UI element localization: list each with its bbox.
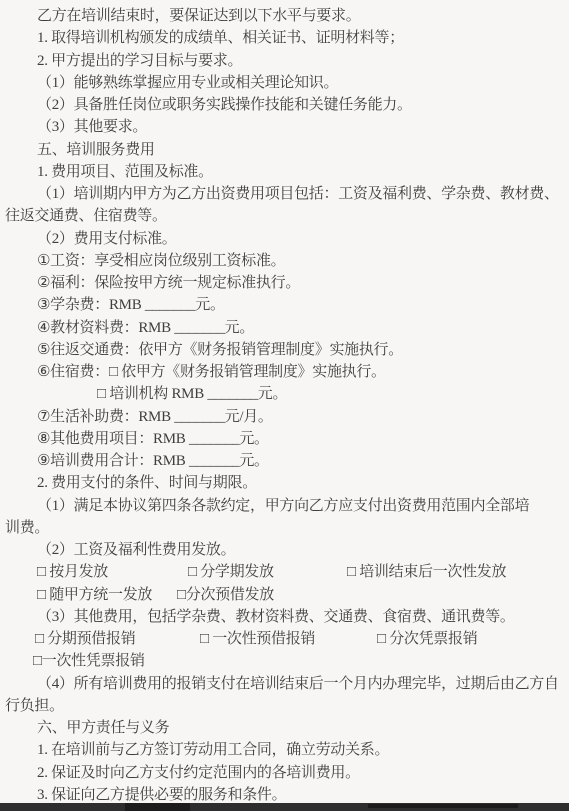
text-segment: 五、培训服务费用 bbox=[37, 139, 155, 161]
checkbox-option: □ 分次凭票报销 bbox=[377, 628, 477, 650]
document-line: ⑧其他费用项目：RMB _______元。 bbox=[0, 428, 569, 450]
scan-edge-shadow bbox=[125, 803, 190, 811]
text-segment: ⑤往返交通费：依甲方《财务报销管理制度》实施执行。 bbox=[37, 339, 403, 361]
text-segment: ④教材资料费：RMB _______元。 bbox=[37, 317, 254, 339]
text-segment: （2）具备胜任岗位或职务实践操作技能和关键任务能力。 bbox=[37, 94, 412, 116]
document-line: （2）费用支付标准。 bbox=[0, 228, 569, 250]
document-line: 行负担。 bbox=[0, 695, 569, 717]
text-segment: 乙方在培训结束时，要保证达到以下水平与要求。 bbox=[37, 5, 360, 27]
text-segment: ⑨培训费用合计：RMB _______元。 bbox=[37, 450, 269, 472]
document-line: ④教材资料费：RMB _______元。 bbox=[0, 317, 569, 339]
text-segment: （2）工资及福利性费用发放。 bbox=[37, 539, 235, 561]
text-segment: （3）其他要求。 bbox=[37, 116, 147, 138]
checkbox-option: □ 一次性预借报销 bbox=[200, 628, 315, 650]
document-line: 1. 在培训前与乙方签订劳动用工合同，确立劳动关系。 bbox=[0, 739, 569, 761]
checkbox-option: □ 分学期发放 bbox=[188, 561, 274, 583]
text-segment: 1. 费用项目、范围及标准。 bbox=[37, 161, 213, 183]
checkbox-option: □ 培训结束后一次性发放 bbox=[347, 561, 506, 583]
document-line: （1）培训期内甲方为乙方出资费用项目包括：工资及福利费、学杂费、教材费、 bbox=[0, 183, 569, 205]
document-line: 2. 甲方提出的学习目标与要求。 bbox=[0, 50, 569, 72]
document-line: （3）其他费用，包括学杂费、教材资料费、交通费、食宿费、通讯费等。 bbox=[0, 606, 569, 628]
text-segment: ②福利：保险按甲方统一规定标准执行。 bbox=[37, 272, 300, 294]
document-line: 五、培训服务费用 bbox=[0, 139, 569, 161]
document-line: （1）能够熟练掌握应用专业或相关理论知识。 bbox=[0, 72, 569, 94]
text-segment: 1. 在培训前与乙方签订劳动用工合同，确立劳动关系。 bbox=[37, 739, 389, 761]
document-line: 1. 费用项目、范围及标准。 bbox=[0, 161, 569, 183]
text-segment: 2. 费用支付的条件、时间与期限。 bbox=[37, 472, 257, 494]
document-line: 2. 费用支付的条件、时间与期限。 bbox=[0, 472, 569, 494]
document-page: 乙方在培训结束时，要保证达到以下水平与要求。1. 取得培训机构颁发的成绩单、相关… bbox=[0, 0, 569, 811]
document-line: （4）所有培训费用的报销支付在培训结束后一个月内办理完毕，过期后由乙方自 bbox=[0, 673, 569, 695]
text-segment: ③学杂费：RMB _______元。 bbox=[37, 294, 225, 316]
document-line: 1. 取得培训机构颁发的成绩单、相关证书、证明材料等； bbox=[0, 27, 569, 49]
document-line: 往返交通费、住宿费等。 bbox=[0, 205, 569, 227]
document-line: （2）工资及福利性费用发放。 bbox=[0, 539, 569, 561]
document-line: □ 培训机构 RMB _______元。 bbox=[0, 383, 569, 405]
text-segment: 六、甲方责任与义务 bbox=[37, 717, 169, 739]
document-line: （1）满足本协议第四条各款约定，甲方向乙方应支付出资费用范围内全部培 bbox=[0, 495, 569, 517]
checkbox-option: □ 分期预借报销 bbox=[35, 628, 135, 650]
text-segment: 2. 保证及时向乙方支付约定范围内的各培训费用。 bbox=[37, 762, 360, 784]
checkbox-option: □ 按月发放 bbox=[37, 561, 108, 583]
checkbox-option: ⑥住宿费：□ 依甲方《财务报销管理制度》实施执行。 bbox=[37, 361, 386, 383]
text-segment: ⑦生活补助费：RMB _______元/月。 bbox=[37, 406, 273, 428]
text-segment: （1）能够熟练掌握应用专业或相关理论知识。 bbox=[37, 72, 338, 94]
document-line: ⑥住宿费：□ 依甲方《财务报销管理制度》实施执行。 bbox=[0, 361, 569, 383]
document-line: ⑨培训费用合计：RMB _______元。 bbox=[0, 450, 569, 472]
text-segment: 行负担。 bbox=[5, 695, 64, 717]
text-segment: ①工资：享受相应岗位级别工资标准。 bbox=[37, 250, 285, 272]
text-segment: 1. 取得培训机构颁发的成绩单、相关证书、证明材料等； bbox=[37, 27, 404, 49]
document-line: □ 按月发放□ 分学期发放□ 培训结束后一次性发放 bbox=[0, 561, 569, 583]
document-line: □ 随甲方统一发放□分次预借发放 bbox=[0, 584, 569, 606]
document-line: 乙方在培训结束时，要保证达到以下水平与要求。 bbox=[0, 5, 569, 27]
text-segment: （2）费用支付标准。 bbox=[37, 228, 177, 250]
text-segment: 往返交通费、住宿费等。 bbox=[5, 205, 167, 227]
text-segment: 训费。 bbox=[5, 517, 49, 539]
checkbox-option: □ 培训机构 RMB _______元。 bbox=[97, 383, 287, 405]
document-line: （3）其他要求。 bbox=[0, 116, 569, 138]
document-line: □一次性凭票报销 bbox=[0, 650, 569, 672]
text-segment: 2. 甲方提出的学习目标与要求。 bbox=[37, 50, 242, 72]
scan-edge-shadow bbox=[368, 804, 518, 808]
document-line: 六、甲方责任与义务 bbox=[0, 717, 569, 739]
text-segment: （3）其他费用，包括学杂费、教材资料费、交通费、食宿费、通讯费等。 bbox=[37, 606, 515, 628]
text-segment: ⑧其他费用项目：RMB _______元。 bbox=[37, 428, 269, 450]
checkbox-option: □分次预借发放 bbox=[177, 584, 274, 606]
document-line: ②福利：保险按甲方统一规定标准执行。 bbox=[0, 272, 569, 294]
document-line: 2. 保证及时向乙方支付约定范围内的各培训费用。 bbox=[0, 762, 569, 784]
text-segment: （4）所有培训费用的报销支付在培训结束后一个月内办理完毕，过期后由乙方自 bbox=[37, 673, 559, 695]
scan-bottom-edge bbox=[0, 803, 569, 811]
document-line: ⑤往返交通费：依甲方《财务报销管理制度》实施执行。 bbox=[0, 339, 569, 361]
document-line: 训费。 bbox=[0, 517, 569, 539]
text-segment: （1）培训期内甲方为乙方出资费用项目包括：工资及福利费、学杂费、教材费、 bbox=[37, 183, 559, 205]
checkbox-option: □ 随甲方统一发放 bbox=[37, 584, 152, 606]
document-line: ①工资：享受相应岗位级别工资标准。 bbox=[0, 250, 569, 272]
document-line: （2）具备胜任岗位或职务实践操作技能和关键任务能力。 bbox=[0, 94, 569, 116]
document-line: ⑦生活补助费：RMB _______元/月。 bbox=[0, 406, 569, 428]
document-line: ③学杂费：RMB _______元。 bbox=[0, 294, 569, 316]
checkbox-option: □一次性凭票报销 bbox=[33, 650, 145, 672]
document-line: □ 分期预借报销□ 一次性预借报销□ 分次凭票报销 bbox=[0, 628, 569, 650]
text-segment: （1）满足本协议第四条各款约定，甲方向乙方应支付出资费用范围内全部培 bbox=[37, 495, 529, 517]
